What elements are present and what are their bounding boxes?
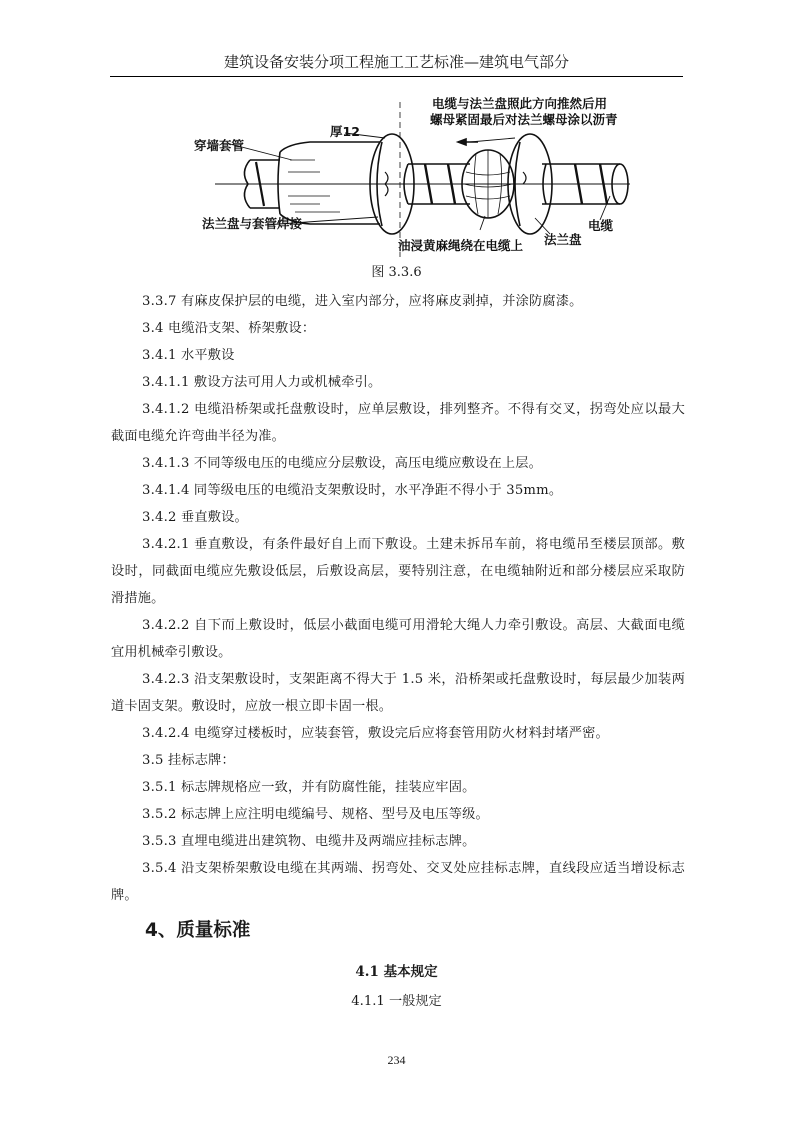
paragraph-3-4-2-2: 3.4.2.2 自下而上敷设时，低层小截面电缆可用滑轮大绳人力牵引敷设。高层、大…: [111, 612, 685, 666]
page-number: 234: [0, 1052, 793, 1068]
figure-drawing: 电缆与法兰盘照此方向推然后用 螺母紧固最后对法兰螺母涂以沥青 厚12 穿墙套管 …: [180, 92, 650, 262]
paragraph-3-4-2-1: 3.4.2.1 垂直敷设，有条件最好自上而下敷设。土建未拆吊车前，将电缆吊至楼层…: [111, 531, 685, 612]
figure-label-direction-line2: 螺母紧固最后对法兰螺母涂以沥青: [430, 112, 618, 127]
subsubsection-heading-general-provisions: 4.1.1 一般规定: [0, 992, 793, 1012]
paragraph-3-4: 3.4 电缆沿支架、桥架敷设：: [111, 315, 685, 342]
paragraph-3-3-7: 3.3.7 有麻皮保护层的电缆，进入室内部分，应将麻皮剥掉，并涂防腐漆。: [111, 288, 685, 315]
running-header: 建筑设备安装分项工程施工工艺标准—建筑电气部分: [110, 52, 683, 76]
body-text: 3.3.7 有麻皮保护层的电缆，进入室内部分，应将麻皮剥掉，并涂防腐漆。 3.4…: [111, 288, 685, 909]
section-heading-quality-standards: 4、质量标准: [145, 917, 250, 945]
paragraph-3-4-1: 3.4.1 水平敷设: [111, 342, 685, 369]
paragraph-3-4-1-1: 3.4.1.1 敷设方法可用人力或机械牵引。: [111, 369, 685, 396]
figure-label-flange: 法兰盘: [544, 232, 582, 247]
paragraph-3-4-1-3: 3.4.1.3 不同等级电压的电缆应分层敷设，高压电缆应敷设在上层。: [111, 450, 685, 477]
cable-wall-penetration-figure: 电缆与法兰盘照此方向推然后用 螺母紧固最后对法兰螺母涂以沥青 厚12 穿墙套管 …: [180, 92, 650, 262]
figure-caption: 图 3.3.6: [0, 264, 793, 282]
paragraph-3-5-3: 3.5.3 直埋电缆进出建筑物、电缆井及两端应挂标志牌。: [111, 828, 685, 855]
figure-label-flange-weld: 法兰盘与套管焊接: [202, 216, 303, 231]
figure-label-cable: 电缆: [588, 218, 614, 233]
figure-label-hemp-rope: 油浸黄麻绳绕在电缆上: [398, 238, 524, 253]
paragraph-3-5-1: 3.5.1 标志牌规格应一致，并有防腐性能，挂装应牢固。: [111, 774, 685, 801]
header-divider: [110, 76, 683, 77]
paragraph-3-5: 3.5 挂标志牌：: [111, 747, 685, 774]
paragraph-3-4-1-2: 3.4.1.2 电缆沿桥架或托盘敷设时，应单层敷设，排列整齐。不得有交叉，拐弯处…: [111, 396, 685, 450]
figure-label-thickness: 厚12: [330, 124, 360, 139]
figure-label-direction-line1: 电缆与法兰盘照此方向推然后用: [432, 96, 607, 111]
subsection-heading-basic-provisions: 4.1 基本规定: [0, 962, 793, 982]
paragraph-3-4-2-4: 3.4.2.4 电缆穿过楼板时，应装套管，敷设完后应将套管用防火材料封堵严密。: [111, 720, 685, 747]
paragraph-3-4-2: 3.4.2 垂直敷设。: [111, 504, 685, 531]
paragraph-3-4-1-4: 3.4.1.4 同等级电压的电缆沿支架敷设时，水平净距不得小于 35mm。: [111, 477, 685, 504]
figure-label-wall-sleeve: 穿墙套管: [194, 138, 245, 153]
paragraph-3-4-2-3: 3.4.2.3 沿支架敷设时，支架距离不得大于 1.5 米，沿桥架或托盘敷设时，…: [111, 666, 685, 720]
paragraph-3-5-4: 3.5.4 沿支架桥架敷设电缆在其两端、拐弯处、交叉处应挂标志牌，直线段应适当增…: [111, 855, 685, 909]
paragraph-3-5-2: 3.5.2 标志牌上应注明电缆编号、规格、型号及电压等级。: [111, 801, 685, 828]
